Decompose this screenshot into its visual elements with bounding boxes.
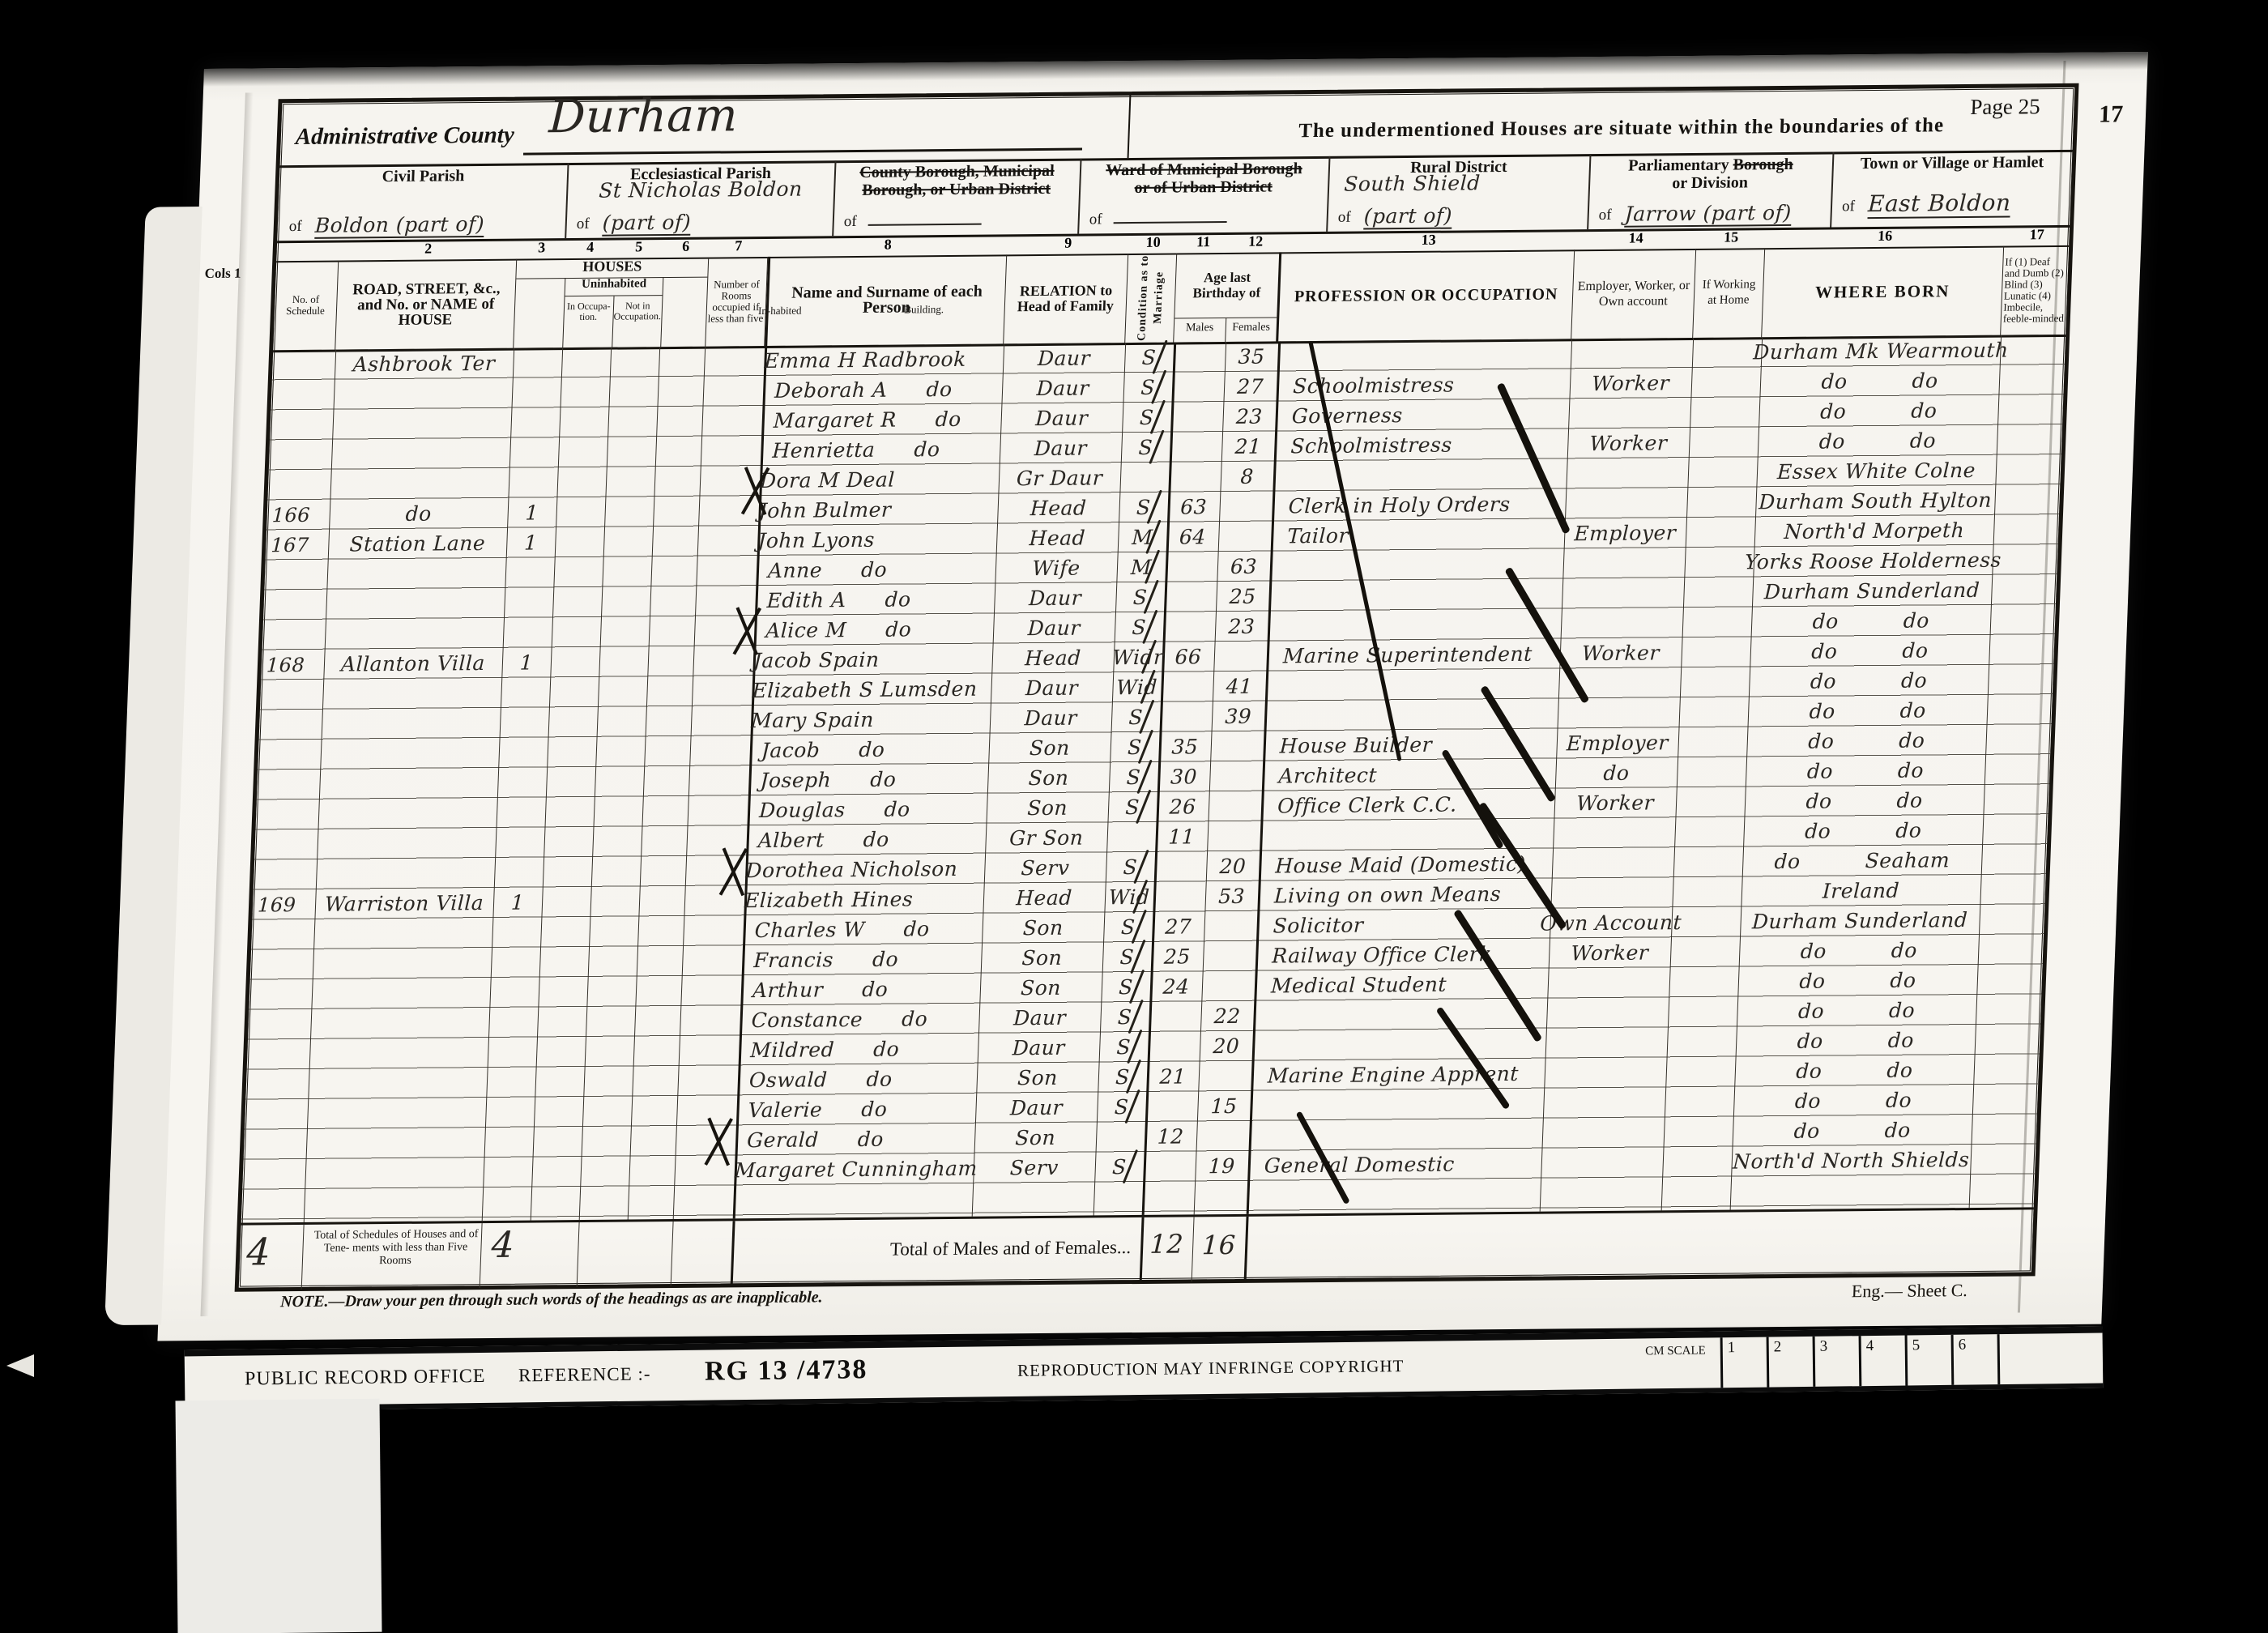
cell-part: do	[861, 1098, 888, 1121]
sheet-label: Eng.— Sheet C.	[1851, 1280, 1967, 1302]
cell-name: John Bulmer	[758, 493, 998, 526]
cell-part: Oswald	[748, 1068, 828, 1092]
parliamentary-line2: or Division	[1588, 173, 1832, 193]
cell-part: Albert	[757, 828, 825, 852]
cell-part: do	[1810, 669, 1836, 693]
undermentioned-heading: The undermentioned Houses are situate wi…	[1171, 113, 2071, 144]
cell-relation: Son	[987, 762, 1110, 793]
county-borough-line2: Borough, or Urban District	[833, 180, 1080, 200]
x-mark	[695, 1115, 740, 1167]
cell-part: Constance	[751, 1008, 863, 1032]
header-home: If Working at Home	[1693, 248, 1765, 338]
cell-age_m: 64	[1166, 522, 1219, 552]
cell-occupation: Office Clerk C.C.	[1260, 788, 1554, 821]
cell-name: Henriettado	[761, 433, 1000, 466]
cell-part: do	[1889, 999, 1916, 1022]
cell-occupation: Architect	[1262, 758, 1556, 791]
cell-age_m: 25	[1151, 941, 1204, 972]
cell-inhabited: 1	[492, 887, 542, 918]
cell-part: do	[1796, 1060, 1823, 1083]
cell-part: do	[902, 1007, 928, 1030]
cell-part: do	[884, 797, 910, 821]
cell-relation: Daur	[1003, 343, 1125, 373]
cell-born: dodo	[1733, 1115, 1972, 1147]
cell-part: Seaham	[1865, 848, 1950, 872]
county-borough-line1: County Borough, Municipal	[834, 162, 1081, 182]
cell-part: do	[1774, 850, 1801, 873]
cell-part: do	[1805, 789, 1832, 812]
column-number: 5	[614, 238, 663, 256]
blank-line	[868, 224, 982, 226]
cell-condition: S	[1124, 343, 1174, 373]
cell-born: dodo	[1736, 1025, 1976, 1057]
cell-name: Margaret Rdo	[761, 403, 1001, 436]
cell-relation: Son	[986, 792, 1108, 823]
cell-age_f: 63	[1217, 552, 1270, 582]
cell-part: Charles W	[754, 918, 865, 942]
cell-relation: Daur	[991, 672, 1113, 703]
scale-end	[1997, 1334, 2006, 1384]
scale-mark: 5	[1905, 1335, 1952, 1386]
town-village-label: Town or Village or Hamlet	[1832, 153, 2073, 173]
cell-part: do	[1811, 639, 1838, 663]
cell-relation: Son	[979, 972, 1102, 1003]
cell-relation: Head	[991, 642, 1114, 673]
ecclesiastical-parish-value-top: St Nicholas Boldon	[599, 177, 803, 203]
cell-age_m: 24	[1149, 971, 1202, 1002]
cell-name: John Lyons	[757, 523, 997, 556]
column-number: 16	[1765, 227, 2005, 246]
cell-occupation: Marine Engine Apprent	[1251, 1059, 1545, 1091]
cell-part: Gerald	[747, 1128, 820, 1152]
cell-schedule: 168	[261, 650, 329, 680]
scale-mark: 4	[1859, 1336, 1906, 1387]
cell-condition: S	[1103, 912, 1153, 943]
total-females-value: 16	[1192, 1230, 1246, 1261]
parliamentary-borough-struck: Borough	[1733, 156, 1793, 174]
cell-part: do	[885, 587, 911, 611]
cell-born: dodo	[1759, 395, 1998, 428]
cell-part: do	[1890, 969, 1916, 992]
header-relation: RELATION to Head of Family	[1004, 254, 1128, 343]
cell-age_m: 12	[1145, 1121, 1197, 1152]
cell-part: do	[1800, 940, 1827, 963]
cell-born: North'd Morpeth	[1754, 515, 1994, 548]
cell-part: do	[1806, 759, 1833, 782]
cell-part: do	[1793, 1119, 1820, 1143]
uninhabited-title: Uninhabited	[565, 277, 663, 296]
cell-relation: Daur	[990, 702, 1112, 733]
cell-inhabited: 1	[506, 527, 556, 558]
cell-condition: S	[1122, 403, 1171, 433]
folio-number: 17	[2098, 100, 2123, 128]
cell-part: do	[1899, 698, 1926, 722]
town-village-value: East Boldon	[1867, 190, 2011, 220]
cell-name: Deborah Ado	[762, 373, 1002, 406]
cell-part: do	[1912, 369, 1938, 392]
reference-label: REFERENCE :-	[518, 1363, 651, 1386]
cell-condition: S	[1115, 612, 1164, 643]
blank-line	[1114, 221, 1227, 224]
cell-name: Valeriedo	[736, 1094, 976, 1126]
cell-part: do	[1903, 608, 1929, 632]
cell-born: dodo	[1743, 815, 1983, 847]
cell-part: do	[1812, 609, 1839, 633]
header-age-group: Age last Birthday of Males Females	[1174, 252, 1281, 342]
cell-part: do	[1899, 728, 1925, 752]
header-females: Females	[1226, 318, 1277, 343]
scale-mark: 3	[1813, 1336, 1860, 1387]
cell-relation: Daur	[994, 582, 1116, 613]
rural-district-box: Rural District South Shield of (part of)	[1326, 154, 1591, 232]
cell-condition: S	[1107, 792, 1157, 823]
column-number: 9	[1007, 234, 1129, 252]
cell-condition: M	[1116, 552, 1166, 583]
cell-name: Margaret Cunningham	[734, 1153, 974, 1186]
cell-occupation: Marine Superintendent	[1266, 638, 1560, 671]
cell-part: do	[1891, 939, 1917, 962]
cell-relation: Son	[981, 942, 1103, 973]
cell-relation: Daur	[975, 1092, 1098, 1123]
cell-name: Arthurdo	[740, 974, 980, 1006]
cell-age_f: 8	[1220, 461, 1273, 492]
cell-age_f: 22	[1200, 1001, 1254, 1032]
cell-born: dodo	[1750, 635, 1989, 667]
cell-employer: Own Account	[1550, 907, 1672, 938]
cell-age_f: 53	[1204, 881, 1258, 912]
cell-condition: Widr	[1113, 642, 1162, 673]
cell-age_f: 35	[1225, 341, 1278, 372]
cell-part: do	[1909, 429, 1936, 452]
cell-road: Station Lane	[328, 528, 507, 560]
cell-relation: Son	[982, 912, 1104, 943]
cell-part: do	[1886, 1089, 1912, 1112]
cell-born: dodo	[1758, 425, 1997, 458]
cell-born: Yorks Roose Holderness	[1753, 545, 1993, 578]
cell-condition: S	[1106, 852, 1155, 883]
cell-born: Essex White Colne	[1756, 455, 1996, 488]
cell-part: do	[914, 437, 940, 461]
cell-born: dodo	[1759, 365, 1999, 398]
header-rooms: Number of Rooms occupied if less than fi…	[705, 257, 768, 347]
of-label: of	[288, 218, 302, 236]
underline	[523, 148, 1082, 156]
cell-relation: Wife	[995, 552, 1117, 583]
cell-born: dodo	[1746, 755, 1985, 787]
cell-name: Edith Ado	[755, 584, 995, 616]
cell-road: Ashbrook Ter	[335, 348, 514, 380]
cell-age_f: 20	[1200, 1031, 1253, 1062]
ward-box: Ward of Municipal Borough or of Urban Di…	[1077, 156, 1330, 234]
film-edge-mark	[6, 1354, 34, 1377]
cell-born: dodo	[1734, 1055, 1974, 1087]
cell-part: Arthur	[752, 978, 823, 1002]
cell-born: dodo	[1746, 725, 1986, 757]
footer-bar: PUBLIC RECORD OFFICE REFERENCE :- RG 13 …	[185, 1327, 2104, 1412]
cell-occupation: Clerk in Holy Orders	[1272, 488, 1566, 521]
cell-born: doSeaham	[1742, 845, 1982, 877]
cell-name: Josephdo	[748, 764, 988, 796]
cell-part: Henrietta	[772, 438, 876, 463]
town-village-box: Town or Village or Hamlet of East Boldon	[1830, 150, 2072, 228]
footnote: NOTE.—Draw your pen through such words o…	[280, 1288, 823, 1311]
cell-occupation: House Maid (Domestic)	[1259, 849, 1553, 881]
cell-employer: Employer	[1556, 727, 1678, 758]
cell-born: dodo	[1739, 935, 1979, 967]
cell-occupation: General Domestic	[1247, 1149, 1541, 1181]
cell-part: do	[870, 768, 897, 791]
rural-district-value: (part of)	[1363, 204, 1452, 230]
column-number: 6	[663, 238, 709, 255]
cell-part: do	[1902, 638, 1929, 662]
of-label: of	[576, 215, 590, 233]
cell-part: Douglas	[759, 798, 846, 822]
cell-relation: Daur	[1000, 403, 1123, 433]
cell-part: Edith A	[766, 588, 846, 612]
scale-mark: 6	[1951, 1334, 1998, 1385]
copyright-notice: REPRODUCTION MAY INFRINGE COPYRIGHT	[1017, 1356, 1405, 1381]
cell-part: do	[1808, 729, 1835, 753]
cell-occupation: Governess	[1275, 399, 1569, 431]
cell-age_m: 27	[1152, 911, 1204, 942]
cell-inhabited: 1	[507, 497, 556, 528]
scale-mark: 1	[1720, 1337, 1767, 1388]
cell-born: North'd North Shields	[1731, 1145, 1971, 1177]
cell-occupation: Railway Office Clerk	[1255, 939, 1550, 971]
cell-name: Emma H Radbrook	[764, 343, 1004, 376]
cell-part: Alice M	[765, 618, 847, 642]
cell-condition: S	[1097, 1092, 1146, 1123]
cell-condition: S	[1094, 1152, 1144, 1183]
cell-part: do	[1794, 1089, 1821, 1113]
cell-part: do	[1821, 369, 1848, 393]
cell-age_m: 30	[1157, 761, 1210, 792]
cell-part: do	[863, 828, 889, 851]
cell-relation: Daur	[978, 1032, 1100, 1063]
cell-relation: Head	[997, 492, 1119, 523]
cell-part: do	[857, 1128, 884, 1151]
cell-part: do	[1797, 1030, 1823, 1053]
cell-born: dodo	[1748, 695, 1988, 727]
header-profession: PROFESSION OR OCCUPATION	[1278, 249, 1575, 341]
cell-name: Oswalddo	[737, 1064, 977, 1096]
cell-name: Jacob Spain	[752, 644, 992, 676]
cell-age_f: 39	[1212, 701, 1265, 732]
civil-parish-box: Civil Parish of Boldon (part of)	[277, 163, 569, 241]
cell-part: do	[885, 617, 912, 641]
cell-employer: Employer	[1564, 518, 1686, 548]
cell-born: dodo	[1733, 1085, 1973, 1117]
cell-born: Durham South Hylton	[1755, 485, 1995, 518]
cell-part: do	[873, 1038, 900, 1061]
of-label: of	[843, 213, 857, 231]
cell-part: do	[1820, 399, 1847, 423]
cell-name: Alice Mdo	[754, 614, 994, 646]
cell-condition: Wid	[1104, 882, 1153, 913]
parliamentary-box: Parliamentary Borough or Division of Jar…	[1587, 151, 1834, 229]
cell-part: Mildred	[750, 1038, 835, 1062]
x-mark	[723, 605, 769, 657]
administrative-county-box: Administrative County Durham	[280, 96, 1132, 165]
cols-margin-label: Cols 1	[204, 266, 241, 282]
cell-age_f: 23	[1215, 612, 1268, 642]
column-number: 15	[1696, 228, 1766, 246]
cell-born: Ireland	[1741, 875, 1980, 907]
cell-born: Durham Sunderland	[1740, 905, 1980, 937]
cell-part: do	[1895, 819, 1922, 842]
column-number: 8	[768, 235, 1008, 254]
cell-relation: Gr Daur	[998, 463, 1120, 493]
cell-employer: Worker	[1554, 787, 1676, 818]
parliamentary-word: Parliamentary	[1628, 156, 1729, 175]
cell-age_m: 26	[1156, 791, 1209, 822]
total-males-value: 12	[1140, 1228, 1193, 1260]
cell-name: Constancedo	[740, 1004, 979, 1036]
cell-relation: Son	[988, 732, 1111, 763]
cell-name: Douglasdo	[747, 794, 987, 826]
administrative-county-label: Administrative County	[295, 122, 514, 151]
cell-age_m: 66	[1162, 642, 1214, 672]
cell-name: Mildreddo	[739, 1034, 978, 1066]
ecclesiastical-parish-value: (part of)	[602, 211, 691, 237]
cell-road: Warriston Villa	[314, 888, 493, 919]
column-number: 4	[565, 239, 615, 257]
header-houses-group: HOUSES In-habited Uninhabited In Occupa­…	[514, 258, 709, 348]
cell-age_f: 20	[1206, 851, 1260, 882]
cell-name: Jacobdo	[749, 734, 989, 766]
rural-district-value-top: South Shield	[1344, 171, 1481, 195]
column-number: 12	[1229, 232, 1282, 250]
column-number: 2	[339, 240, 518, 258]
cell-part: do	[1896, 789, 1923, 812]
total-houses-value: 4	[491, 1225, 515, 1266]
cell-part: do	[1887, 1029, 1914, 1052]
cell-part: do	[1886, 1059, 1913, 1082]
cell-part: do	[1897, 759, 1924, 782]
cell-part: do	[866, 1068, 893, 1091]
cell-born: dodo	[1749, 665, 1989, 697]
cell-road: do	[329, 498, 508, 530]
column-number: 3	[517, 239, 566, 257]
header-where-born: WHERE BORN	[1762, 246, 2004, 338]
cell-condition: M	[1118, 522, 1167, 553]
cell-inhabited: 1	[501, 647, 551, 678]
cell-relation: Son	[976, 1062, 1098, 1093]
cell-part: Anne	[767, 558, 822, 582]
age-group-title: Age last Birthday of	[1174, 252, 1279, 318]
public-record-office-label: PUBLIC RECORD OFFICE	[245, 1366, 486, 1391]
cell-part: Joseph	[760, 768, 832, 792]
cell-part: do	[1805, 820, 1831, 843]
cell-condition: S	[1110, 732, 1159, 763]
cell-road: Allanton Villa	[323, 648, 502, 680]
cell-age_f: 19	[1195, 1151, 1248, 1182]
cell-relation: Gr Son	[985, 822, 1107, 853]
civil-parish-label: Civil Parish	[279, 166, 568, 186]
cell-relation: Daur	[1000, 433, 1122, 463]
cell-age_f: 21	[1221, 431, 1275, 462]
cell-employer: Worker	[1549, 937, 1671, 968]
cell-name: Geralddo	[735, 1123, 975, 1156]
of-label: of	[1337, 209, 1351, 227]
cell-schedule: 167	[266, 530, 334, 561]
header-infirmity: If (1) Deaf and Dumb (2) Blind (3) Lunat…	[2001, 245, 2069, 335]
cell-relation: Son	[974, 1122, 1097, 1153]
cell-employer: Worker	[1559, 637, 1682, 668]
cell-relation: Head	[996, 522, 1119, 553]
cell-name: Francisdo	[742, 944, 982, 976]
cell-age_f: 25	[1216, 582, 1269, 612]
header-name: Name and Surname of each Person	[765, 254, 1007, 346]
cell-condition: S	[1098, 1062, 1147, 1093]
census-table-body: Ashbrook TerEmma H RadbrookDaurS35Durham…	[241, 335, 2065, 1223]
header-uninhabited-group: Uninhabited In Occupa­tion. Not in Occup…	[562, 277, 663, 347]
total-males-females-label: Total of Males and of Females...	[807, 1237, 1132, 1261]
cell-name: Albertdo	[746, 824, 986, 856]
cell-part: Jacob	[761, 738, 821, 762]
cell-born: Durham Sunderland	[1752, 575, 1992, 608]
cell-age_m: 63	[1167, 492, 1220, 522]
column-number: 13	[1281, 230, 1575, 249]
column-number: 17	[2004, 226, 2070, 244]
cell-part: Deborah A	[774, 378, 888, 403]
cell-age_m: 11	[1155, 821, 1208, 852]
cell-age_f: 27	[1223, 371, 1277, 402]
header-schedule: No. of Schedule	[273, 261, 339, 351]
header-road: ROAD, STREET, &c., and No. or NAME of HO…	[335, 259, 517, 350]
cell-part: do	[926, 377, 953, 401]
parliamentary-value: Jarrow (part of)	[1624, 201, 1792, 228]
cell-condition: S	[1119, 492, 1168, 523]
cell-part: do	[1818, 429, 1845, 453]
cell-condition: S	[1100, 1002, 1149, 1033]
cell-occupation: Solicitor	[1256, 909, 1550, 941]
cell-condition: S	[1102, 942, 1152, 973]
corner-card	[175, 1399, 382, 1633]
cell-part: Francis	[753, 948, 834, 972]
cell-age_m: 21	[1146, 1061, 1199, 1092]
cell-employer: Worker	[1567, 428, 1690, 458]
page-number: Page 25	[1970, 94, 2040, 120]
cell-name: Mary Spain	[751, 704, 991, 736]
cell-condition: S	[1111, 702, 1161, 733]
scale-mark: 2	[1767, 1337, 1814, 1388]
header-condition: Condition as to Marriage	[1125, 254, 1177, 343]
census-sheet: 17 Administrative County Durham The unde…	[157, 52, 2147, 1341]
cell-born: Durham Mk Wearmouth	[1761, 335, 2001, 368]
cell-condition: S	[1101, 972, 1150, 1003]
cell-relation: Serv	[973, 1152, 1095, 1183]
column-number: 14	[1575, 229, 1697, 247]
cell-age_f: 41	[1213, 672, 1266, 702]
administrative-county-value: Durham	[548, 89, 739, 143]
cell-part: do	[862, 978, 889, 1001]
column-number: 11	[1177, 233, 1230, 251]
civil-parish-value: Boldon (part of)	[314, 212, 484, 239]
cell-occupation: Living on own Means	[1257, 879, 1551, 911]
cell-relation: Head	[983, 882, 1105, 913]
x-mark	[710, 846, 755, 898]
cell-condition: S	[1109, 762, 1158, 793]
ward-line2: or of Urban District	[1079, 177, 1328, 198]
cell-part: do	[872, 948, 898, 971]
cell-part: do	[1901, 668, 1928, 692]
cell-name: Dora M Deal	[759, 463, 999, 496]
cell-condition: S	[1121, 433, 1170, 463]
cell-employer: do	[1555, 757, 1678, 788]
cell-condition: S	[1099, 1032, 1149, 1063]
cell-relation: Serv	[984, 852, 1106, 883]
